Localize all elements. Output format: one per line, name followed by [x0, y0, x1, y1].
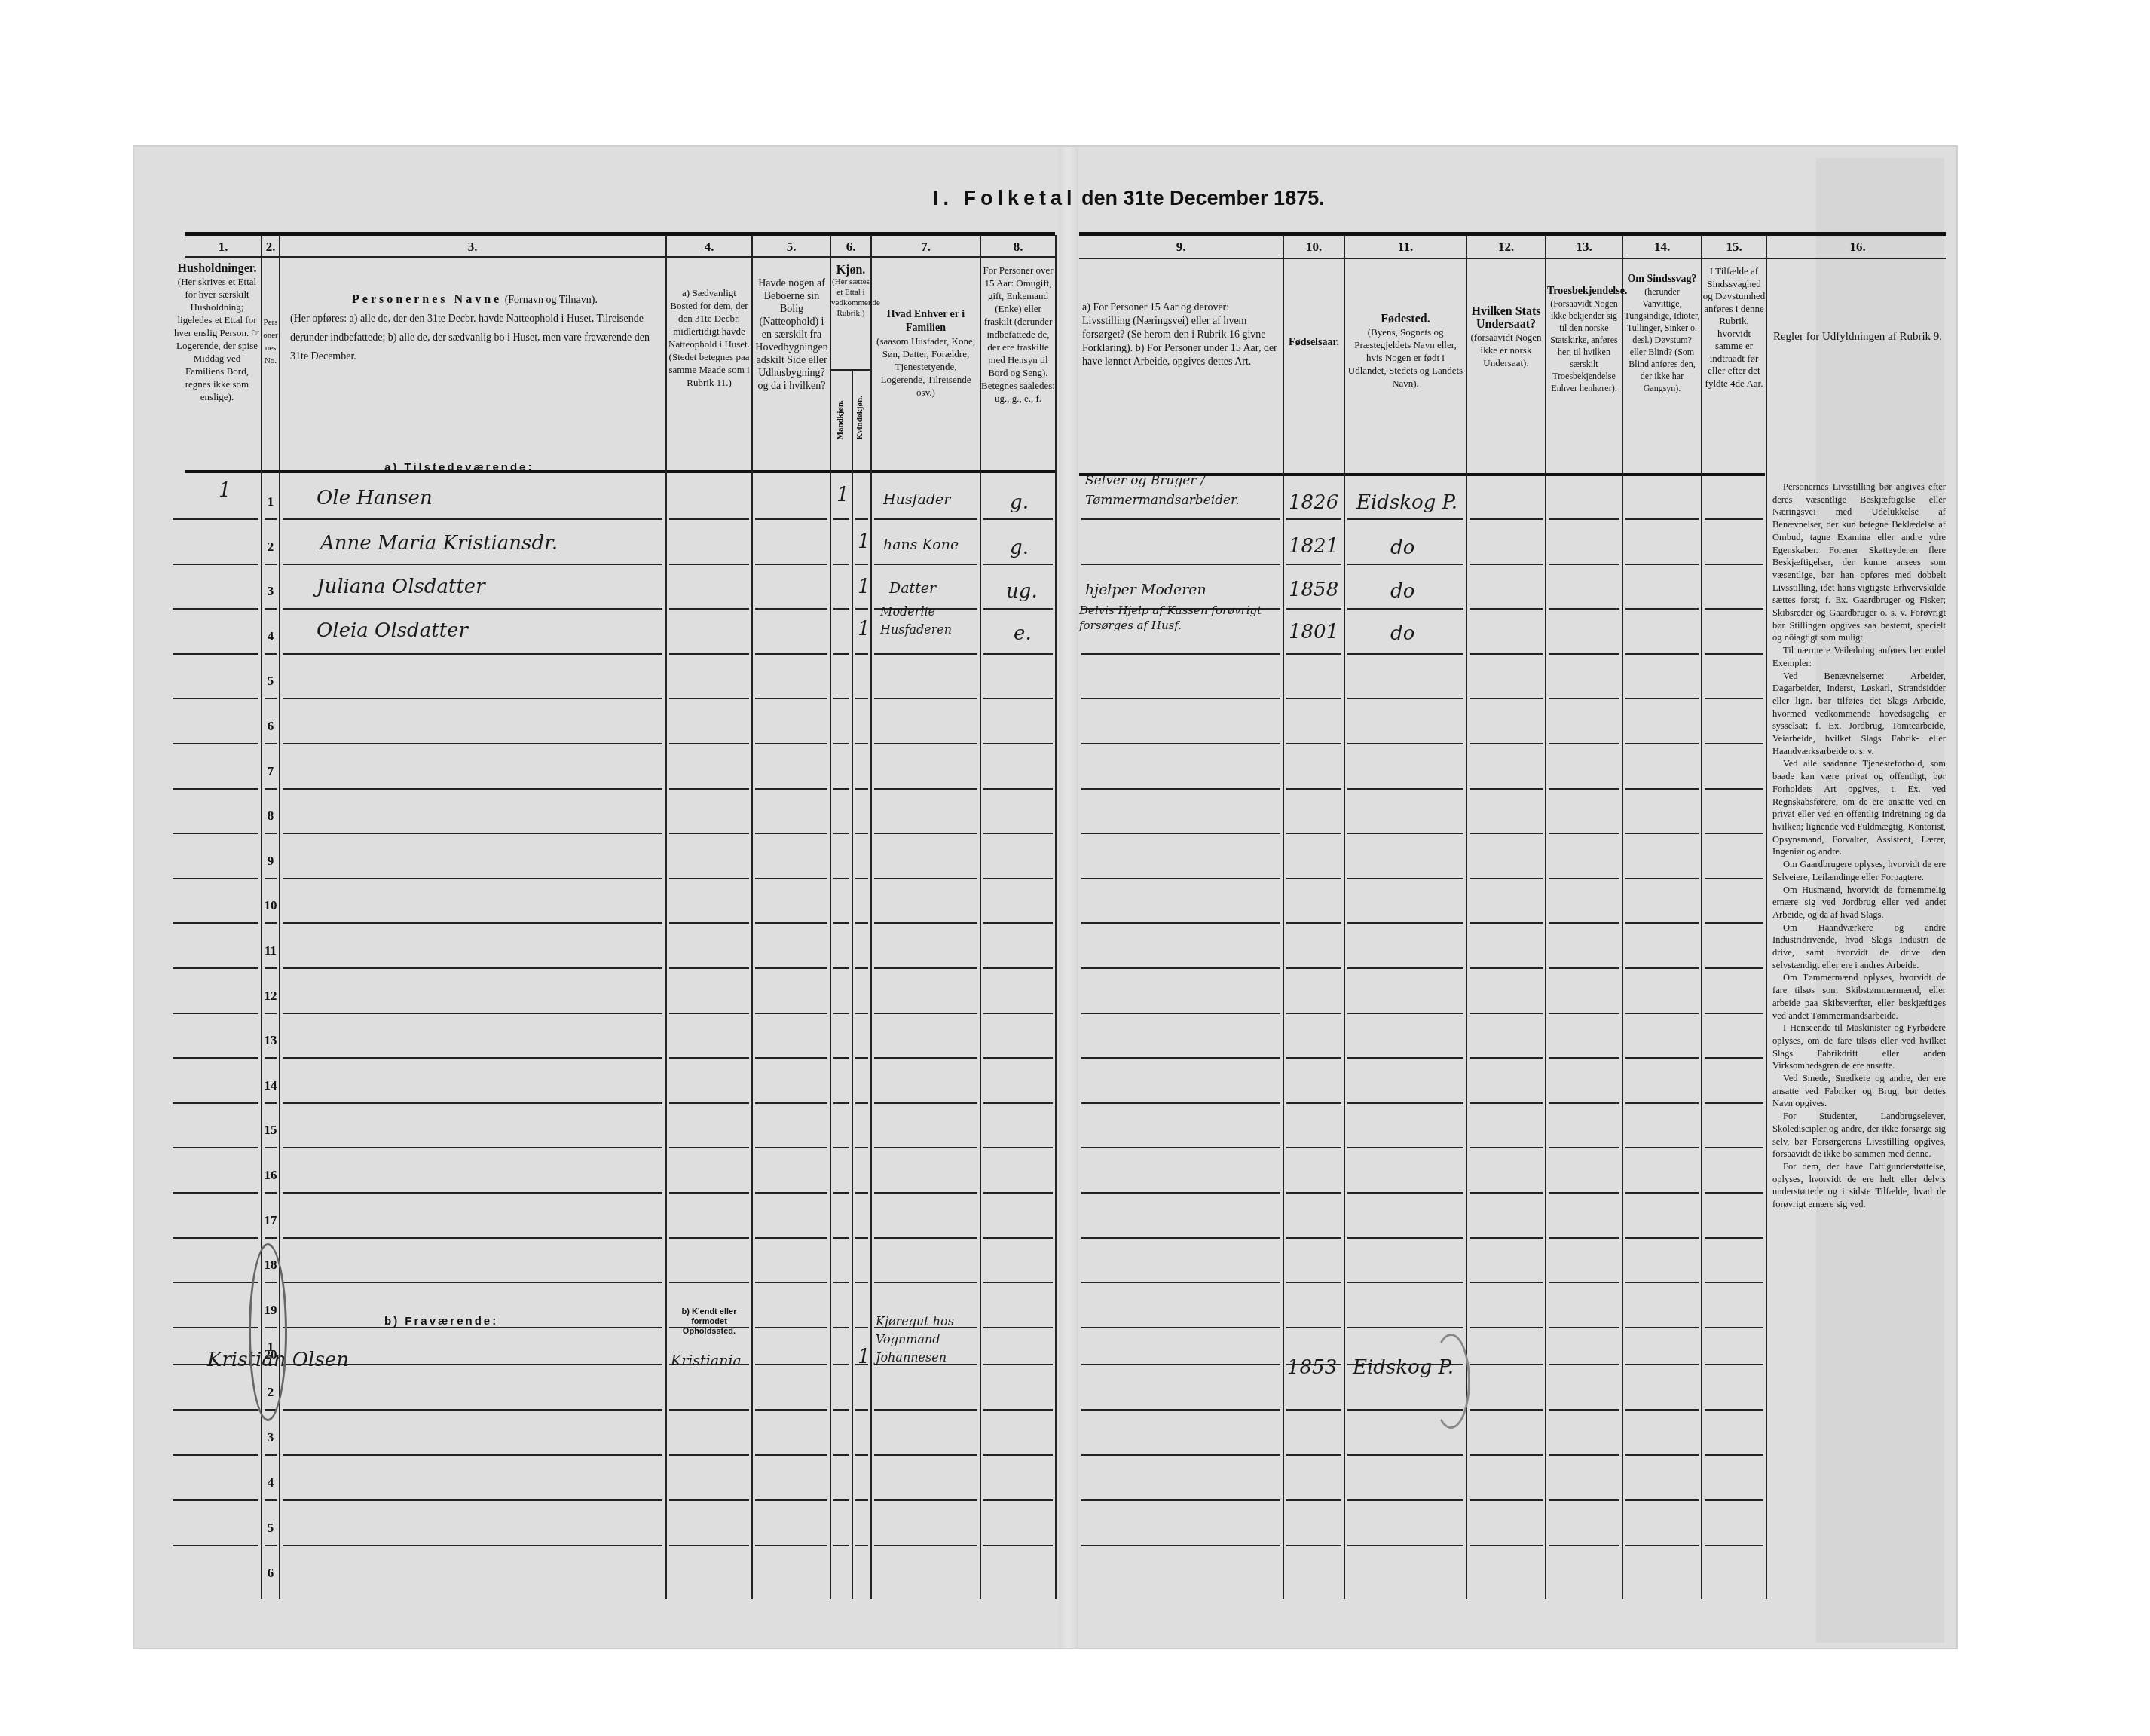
birth-year: 1821: [1289, 535, 1338, 558]
section-absent: b) Fraværende:: [384, 1315, 498, 1328]
header-col-1-text: (Her skrives et Ettal for hver særskilt …: [174, 276, 260, 402]
row-rule: [874, 1409, 977, 1410]
row-rule: [265, 967, 277, 969]
row-rule: [983, 1057, 1053, 1059]
row-rule: [1549, 1102, 1619, 1104]
row-rule: [1286, 967, 1341, 969]
row-rule: [755, 743, 827, 744]
header-col-3-title: Personernes Navne: [352, 293, 502, 306]
row-rule: [1470, 1409, 1543, 1410]
col-divider: [1545, 235, 1546, 1599]
row-rule: [283, 1237, 662, 1239]
row-rule: [1705, 1192, 1763, 1193]
row-rule: [1286, 1327, 1341, 1328]
row-rule: [669, 922, 749, 924]
row-rule: [833, 878, 849, 879]
rules-text-col-16: Personernes Livsstilling bør angives eft…: [1772, 481, 1946, 1211]
row-rule: [283, 1057, 662, 1059]
row-rule: [874, 788, 977, 790]
row-rule: [833, 1237, 849, 1239]
row-rule: [874, 1147, 977, 1148]
row-rule: [669, 653, 749, 655]
family-role: Husfader: [883, 491, 950, 508]
row-rule: [874, 1102, 977, 1104]
header-rule-left: [185, 470, 1055, 473]
row-rule: [833, 653, 849, 655]
row-rule: [755, 1147, 827, 1148]
row-rule: [755, 922, 827, 924]
row-rule: [755, 1192, 827, 1193]
row-rule: [1081, 698, 1280, 699]
row-rule: [833, 1499, 849, 1501]
row-rule: [1549, 878, 1619, 879]
row-rule: [983, 698, 1053, 699]
row-rule: [833, 1327, 849, 1328]
row-rule: [669, 518, 749, 520]
row-rule: [874, 967, 977, 969]
family-role: Kjøregut hos Vognmand Johannesen: [876, 1313, 981, 1367]
row-rule: [1286, 1499, 1341, 1501]
row-rule: [1286, 1102, 1341, 1104]
row-rule: [755, 1545, 827, 1546]
row-rule: [855, 743, 868, 744]
row-rule: [265, 878, 277, 879]
row-number: 8: [262, 808, 279, 824]
person-name: Oleia Olsdatter: [317, 619, 468, 642]
row-rule: [855, 967, 868, 969]
header-col-7-title: Hvad Enhver er i Familien: [887, 309, 965, 334]
row-rule: [1705, 1545, 1763, 1546]
row-rule: [1625, 788, 1699, 790]
row-rule: [173, 608, 258, 610]
row-rule: [855, 1013, 868, 1014]
row-rule: [1705, 518, 1763, 520]
row-rule: [1347, 1057, 1463, 1059]
row-rule: [874, 564, 977, 565]
col-num-1: 1.: [185, 240, 261, 255]
row-rule: [1347, 653, 1463, 655]
row-rule: [874, 518, 977, 520]
row-rule: [755, 1364, 827, 1365]
row-rule: [669, 1013, 749, 1014]
row-rule: [1081, 1327, 1280, 1328]
row-rule: [1470, 743, 1543, 744]
row-rule: [833, 967, 849, 969]
row-rule: [1081, 1192, 1280, 1193]
row-rule: [265, 1192, 277, 1193]
row-rule: [983, 564, 1053, 565]
row-rule: [755, 653, 827, 655]
top-rule-left: [185, 232, 1055, 236]
row-rule: [173, 1409, 258, 1410]
household-mark: 1: [219, 479, 231, 502]
row-rule: [1081, 1364, 1280, 1365]
row-rule: [1286, 1454, 1341, 1456]
row-rule: [874, 1192, 977, 1193]
row-rule: [1470, 1545, 1543, 1546]
row-rule: [833, 564, 849, 565]
row-rule: [1625, 518, 1699, 520]
row-number: 1: [262, 494, 279, 509]
row-rule: [1470, 698, 1543, 699]
row-rule: [983, 788, 1053, 790]
rule-paragraph: Om Tømmermænd oplyses, hvorvidt de fare …: [1772, 971, 1946, 1022]
marital-status: ug.: [1006, 580, 1038, 603]
header-col-1-title: Husholdninger.: [178, 262, 257, 275]
row-rule: [283, 518, 662, 520]
row-rule: [265, 1237, 277, 1239]
col-divider: [1283, 235, 1284, 1599]
row-rule: [983, 518, 1053, 520]
col-num-9: 9.: [1079, 240, 1283, 255]
row-rule: [669, 564, 749, 565]
row-rule: [1549, 1364, 1619, 1365]
row-rule: [855, 833, 868, 834]
row-rule: [855, 608, 868, 610]
row-rule: [983, 1237, 1053, 1239]
row-rule: [669, 1409, 749, 1410]
row-rule: [173, 1147, 258, 1148]
row-rule: [1470, 564, 1543, 565]
header-col-10: Fødselsaar.: [1284, 335, 1344, 349]
row-rule: [1625, 1364, 1699, 1365]
row-rule: [1347, 698, 1463, 699]
row-number: 12: [262, 989, 279, 1004]
row-rule: [1081, 922, 1280, 924]
row-rule: [283, 1499, 662, 1501]
row-rule: [1286, 518, 1341, 520]
row-rule: [1705, 564, 1763, 565]
row-rule: [1705, 1499, 1763, 1501]
header-col-12-text: (forsaavidt Nogen ikke er norsk Undersaa…: [1470, 332, 1541, 368]
row-rule: [1549, 1147, 1619, 1148]
colnum-rule-right: [1079, 258, 1946, 259]
sex-female: 1: [858, 530, 870, 553]
rule-paragraph: Ved Benævnelserne: Arbeider, Dagarbeider…: [1772, 670, 1946, 758]
row-rule: [669, 1454, 749, 1456]
row-rule: [265, 564, 277, 565]
row-rule: [1625, 1327, 1699, 1328]
row-rule: [1286, 608, 1341, 610]
col-divider: [1766, 235, 1767, 1599]
row-rule: [173, 1057, 258, 1059]
row-rule: [1549, 922, 1619, 924]
row-rule: [833, 1364, 849, 1365]
row-rule: [1625, 922, 1699, 924]
row-rule: [283, 788, 662, 790]
row-rule: [1347, 1013, 1463, 1014]
row-rule: [669, 1057, 749, 1059]
row-rule: [283, 743, 662, 744]
row-rule: [755, 1237, 827, 1239]
row-rule: [1625, 743, 1699, 744]
row-number: 15: [262, 1123, 279, 1138]
header-col-12-title: Hvilken Stats Undersaat?: [1471, 305, 1540, 331]
row-rule: [833, 1057, 849, 1059]
row-rule: [669, 878, 749, 879]
row-rule: [874, 1545, 977, 1546]
occupation: hjelper Moderen: [1085, 582, 1207, 598]
col-6-split-rule: [831, 369, 870, 371]
row-rule: [855, 1282, 868, 1283]
row-rule: [1705, 788, 1763, 790]
col-num-3: 3.: [280, 240, 665, 255]
row-rule: [874, 1013, 977, 1014]
row-rule: [855, 878, 868, 879]
row-rule: [173, 833, 258, 834]
row-rule: [1705, 878, 1763, 879]
row-rule: [1625, 608, 1699, 610]
row-rule: [1705, 1327, 1763, 1328]
row-rule: [833, 608, 849, 610]
col-divider: [751, 235, 753, 1599]
row-rule: [1081, 518, 1280, 520]
col-num-7: 7.: [872, 240, 980, 255]
row-rule: [855, 1237, 868, 1239]
row-rule: [1470, 518, 1543, 520]
row-rule: [755, 518, 827, 520]
row-rule: [833, 1545, 849, 1546]
col-num-14: 14.: [1623, 240, 1701, 255]
row-rule: [1286, 1013, 1341, 1014]
row-number: 6: [262, 719, 279, 734]
row-rule: [1347, 922, 1463, 924]
row-rule: [874, 1454, 977, 1456]
row-number: 9: [262, 854, 279, 869]
row-rule: [1625, 1057, 1699, 1059]
header-col-16: Regler for Udfyldningen af Rubrik 9.: [1771, 324, 1944, 350]
row-rule: [755, 564, 827, 565]
row-rule: [265, 1057, 277, 1059]
col-num-4: 4.: [667, 240, 751, 255]
row-rule: [265, 788, 277, 790]
family-role: Datter: [889, 580, 936, 597]
row-rule: [265, 1102, 277, 1104]
row-rule: [983, 1409, 1053, 1410]
header-col-3-sub: (Fornavn og Tilnavn).: [505, 295, 598, 306]
birthplace: do: [1390, 622, 1414, 645]
row-rule: [669, 967, 749, 969]
row-rule: [1625, 967, 1699, 969]
person-name: Juliana Olsdatter: [317, 576, 485, 598]
header-col-14-text: (herunder Vanvittige, Tungsindige, Idiot…: [1624, 286, 1699, 393]
row-rule: [1286, 653, 1341, 655]
row-rule: [983, 743, 1053, 744]
row-rule: [283, 922, 662, 924]
row-rule: [855, 1499, 868, 1501]
section-present: a) Tilstedeværende:: [384, 461, 534, 474]
col-divider: [665, 235, 667, 1599]
row-rule: [755, 1409, 827, 1410]
row-rule: [173, 1454, 258, 1456]
pencil-bracket-mark: [1432, 1334, 1470, 1429]
header-col-13-title: Troesbekjendelse.: [1547, 286, 1627, 297]
row-rule: [855, 1192, 868, 1193]
row-rule: [1705, 1057, 1763, 1059]
sex-male: 1: [836, 484, 849, 506]
row-rule: [1705, 1282, 1763, 1283]
row-rule: [1286, 698, 1341, 699]
row-rule: [265, 698, 277, 699]
row-rule: [1549, 1013, 1619, 1014]
row-rule: [1625, 1192, 1699, 1193]
row-rule: [983, 833, 1053, 834]
header-col-10-title: Fødselsaar.: [1289, 337, 1339, 348]
row-rule: [983, 922, 1053, 924]
row-rule: [1081, 1545, 1280, 1546]
row-rule: [283, 878, 662, 879]
rule-paragraph: Personernes Livsstilling bør angives eft…: [1772, 481, 1946, 644]
row-rule: [874, 922, 977, 924]
row-rule: [283, 1013, 662, 1014]
row-rule: [855, 1327, 868, 1328]
header-col-7-text: (saasom Husfader, Kone, Søn, Datter, For…: [876, 335, 975, 398]
row-rule: [1549, 518, 1619, 520]
row-rule: [173, 1545, 258, 1546]
row-rule: [1549, 1282, 1619, 1283]
row-rule: [1705, 1454, 1763, 1456]
row-number: 5: [262, 674, 279, 689]
row-rule: [983, 878, 1053, 879]
row-number: 13: [262, 1033, 279, 1048]
row-rule: [173, 1499, 258, 1501]
row-rule: [669, 1499, 749, 1501]
rule-paragraph: Om Gaardbrugere oplyses, hvorvidt de ere…: [1772, 858, 1946, 883]
top-rule-right: [1079, 232, 1946, 236]
row-rule: [1625, 653, 1699, 655]
row-rule: [265, 1147, 277, 1148]
row-rule: [1286, 922, 1341, 924]
row-rule: [1081, 1147, 1280, 1148]
row-rule: [1081, 743, 1280, 744]
row-rule: [1347, 878, 1463, 879]
col-divider: [830, 235, 831, 1599]
row-rule: [1549, 1545, 1619, 1546]
row-rule: [1081, 564, 1280, 565]
row-rule: [983, 1364, 1053, 1365]
row-rule: [1081, 653, 1280, 655]
rule-paragraph: Om Haandværkere og andre Industridrivend…: [1772, 921, 1946, 972]
row-rule: [755, 698, 827, 699]
header-col-6-male: Mandkjøn.: [834, 417, 847, 440]
row-rule: [1470, 1454, 1543, 1456]
row-rule: [173, 1102, 258, 1104]
row-number: 11: [262, 943, 279, 958]
row-rule: [669, 1282, 749, 1283]
row-rule: [874, 743, 977, 744]
row-rule: [265, 608, 277, 610]
rule-paragraph: Om Husmænd, hvorvidt de fornemmelig ernæ…: [1772, 884, 1946, 921]
birth-year: 1853: [1287, 1356, 1337, 1379]
row-rule: [283, 1147, 662, 1148]
row-rule: [669, 1237, 749, 1239]
row-rule: [833, 833, 849, 834]
header-col-3-text: (Her opføres: a) alle de, der den 31te D…: [290, 313, 650, 362]
row-rule: [1347, 788, 1463, 790]
row-rule: [1625, 1013, 1699, 1014]
row-rule: [1347, 1237, 1463, 1239]
row-rule: [1470, 653, 1543, 655]
row-rule: [1347, 743, 1463, 744]
row-rule: [1625, 1147, 1699, 1148]
row-rule: [983, 1282, 1053, 1283]
row-rule: [265, 1454, 277, 1456]
row-rule: [1081, 878, 1280, 879]
row-rule: [1705, 1102, 1763, 1104]
row-number: 5: [262, 1521, 279, 1536]
row-rule: [855, 1147, 868, 1148]
row-rule: [173, 1192, 258, 1193]
row-rule: [755, 1102, 827, 1104]
row-number: 3: [262, 584, 279, 599]
row-rule: [1625, 698, 1699, 699]
row-number: 7: [262, 764, 279, 779]
row-rule: [874, 698, 977, 699]
row-rule: [173, 967, 258, 969]
col-num-5: 5.: [753, 240, 830, 255]
row-rule: [1705, 1364, 1763, 1365]
row-rule: [283, 1102, 662, 1104]
row-rule: [265, 743, 277, 744]
row-rule: [265, 1499, 277, 1501]
row-rule: [1286, 1147, 1341, 1148]
row-rule: [1347, 608, 1463, 610]
row-rule: [283, 608, 662, 610]
row-rule: [173, 564, 258, 565]
row-number: 10: [262, 898, 279, 913]
row-rule: [1549, 788, 1619, 790]
row-rule: [669, 1192, 749, 1193]
row-rule: [283, 1282, 662, 1283]
header-col-6-title: Kjøn.: [836, 264, 866, 277]
row-rule: [1347, 1454, 1463, 1456]
header-col-1: Husholdninger. (Her skrives et Ettal for…: [173, 262, 261, 403]
row-rule: [1470, 1102, 1543, 1104]
row-rule: [1286, 788, 1341, 790]
row-rule: [669, 1327, 749, 1328]
row-rule: [1286, 1057, 1341, 1059]
col-divider: [980, 235, 981, 1599]
row-rule: [1625, 833, 1699, 834]
row-rule: [283, 967, 662, 969]
row-rule: [265, 1545, 277, 1546]
row-rule: [874, 1057, 977, 1059]
row-rule: [283, 653, 662, 655]
row-rule: [1347, 1545, 1463, 1546]
row-rule: [1081, 1057, 1280, 1059]
row-rule: [1549, 1057, 1619, 1059]
marital-status: e.: [1014, 622, 1032, 645]
row-number: 14: [262, 1078, 279, 1093]
rule-paragraph: Ved Smede, Snedkere og andre, der ere an…: [1772, 1072, 1946, 1110]
row-rule: [833, 518, 849, 520]
row-rule: [983, 1499, 1053, 1501]
row-rule: [1347, 1192, 1463, 1193]
row-number: 3: [262, 1430, 279, 1445]
row-rule: [669, 743, 749, 744]
row-rule: [833, 1282, 849, 1283]
row-rule: [173, 1013, 258, 1014]
row-rule: [1705, 922, 1763, 924]
row-rule: [833, 788, 849, 790]
row-rule: [983, 1013, 1053, 1014]
row-rule: [1705, 1409, 1763, 1410]
header-col-4: a) Sædvanligt Bosted for dem, der den 31…: [668, 286, 751, 389]
row-rule: [983, 653, 1053, 655]
row-rule: [1625, 878, 1699, 879]
row-rule: [1625, 1545, 1699, 1546]
row-rule: [1347, 1282, 1463, 1283]
